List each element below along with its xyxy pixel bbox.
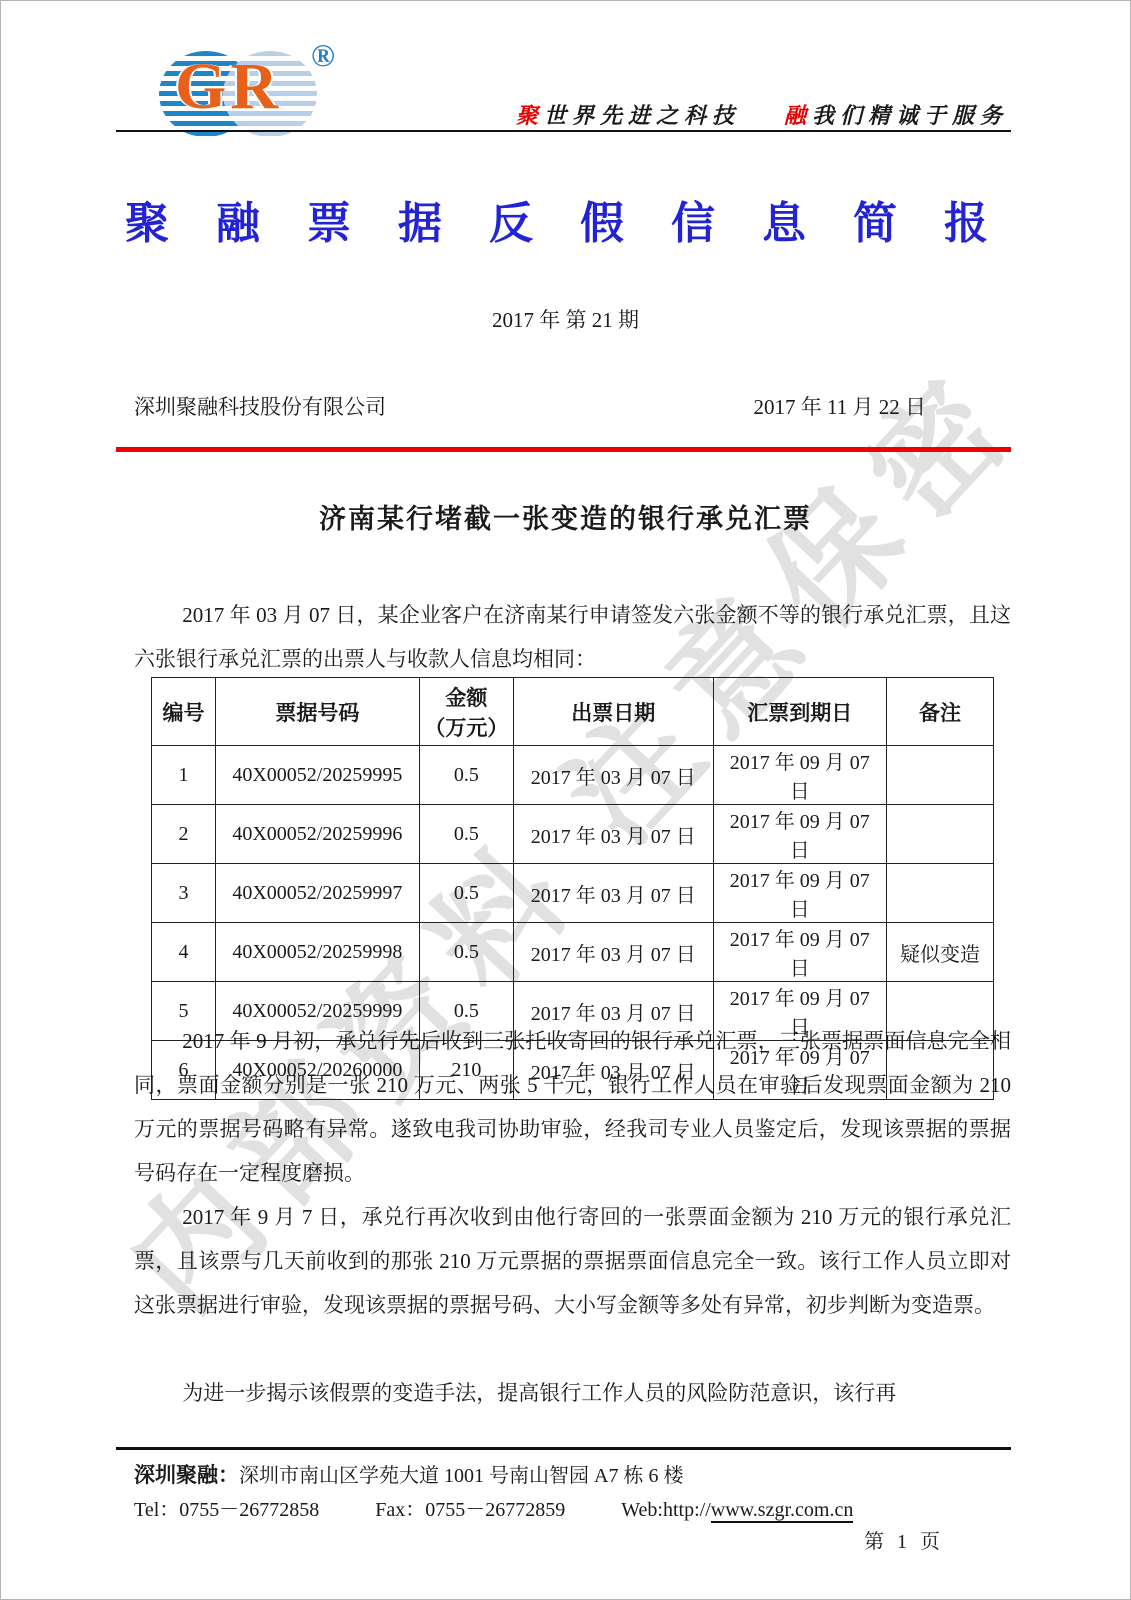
fax-label: Fax： [375,1499,425,1521]
document-page: 内部资料 注意保密 GR ® 聚世界先进之科技融我们精诚于服务 聚 融 票 据 … [0,0,1131,1600]
header-divider [116,130,1011,132]
paragraph-2: 2017 年 9 月初，承兑行先后收到三张托收寄回的银行承兑汇票，三张票据票面信… [134,1019,1011,1195]
publish-date: 2017 年 11 月 22 日 [754,391,926,421]
tagline-part1: 世界先进之科技 [544,103,740,128]
col-header-remark: 备注 [887,678,994,746]
cell-amount: 0.5 [419,864,513,923]
cell-remark [887,805,994,864]
paragraph-4: 为进一步揭示该假票的变造手法，提高银行工作人员的风险防范意识，该行再 [134,1371,1011,1415]
col-header-amount-line1: 金额 [424,682,509,712]
issue-number: 2017 年 第 21 期 [1,304,1130,334]
cell-due-date: 2017 年 09 月 07 日 [713,923,886,982]
registered-trademark-icon: ® [311,37,335,74]
table-row: 2 40X00052/20259996 0.5 2017 年 03 月 07 日… [152,805,994,864]
col-header-issue-date: 出票日期 [514,678,714,746]
company-tagline: 聚世界先进之科技融我们精诚于服务 [516,99,1008,130]
col-header-due-date: 汇票到期日 [713,678,886,746]
footer-contact-line: Tel：0755－26772858Fax：0755－26772859Web:ht… [134,1493,1011,1522]
cell-due-date: 2017 年 09 月 07 日 [713,805,886,864]
cell-no: 4 [152,923,216,982]
paragraph-1: 2017 年 03 月 07 日，某企业客户在济南某行申请签发六张金额不等的银行… [134,593,1011,681]
cell-number: 40X00052/20259996 [215,805,419,864]
logo-gr-text: GR [175,49,282,125]
web-label: Web:http:// [621,1499,711,1521]
tagline-red-ju: 聚 [516,103,544,128]
footer-divider [116,1447,1011,1450]
footer-company-label: 深圳聚融： [134,1463,239,1487]
tel-label: Tel： [134,1499,179,1521]
table-header-row: 编号 票据号码 金额 （万元） 出票日期 汇票到期日 备注 [152,678,994,746]
cell-number: 40X00052/20259995 [215,746,419,805]
col-header-amount: 金额 （万元） [419,678,513,746]
fax-number: 0755－26772859 [425,1499,565,1521]
cell-number: 40X00052/20259998 [215,923,419,982]
cell-remark [887,864,994,923]
red-divider [116,447,1011,452]
cell-no: 3 [152,864,216,923]
cell-amount: 0.5 [419,923,513,982]
cell-amount: 0.5 [419,805,513,864]
paragraph-3: 2017 年 9 月 7 日，承兑行再次收到由他行寄回的一张票面金额为 210 … [134,1195,1011,1327]
col-header-amount-line2: （万元） [424,712,509,742]
footer-address: 深圳市南山区学苑大道 1001 号南山智园 A7 栋 6 楼 [239,1465,683,1487]
publisher-company: 深圳聚融科技股份有限公司 [134,391,386,421]
table-row: 3 40X00052/20259997 0.5 2017 年 03 月 07 日… [152,864,994,923]
table-row: 1 40X00052/20259995 0.5 2017 年 03 月 07 日… [152,746,994,805]
cell-no: 1 [152,746,216,805]
tel-number: 0755－26772858 [179,1499,319,1521]
company-logo: GR ® [159,43,334,139]
article-title: 济南某行堵截一张变造的银行承兑汇票 [1,497,1130,536]
tagline-part2: 我们精诚于服务 [812,103,1008,128]
cell-issue-date: 2017 年 03 月 07 日 [514,864,714,923]
cell-remark [887,746,994,805]
table-row: 4 40X00052/20259998 0.5 2017 年 03 月 07 日… [152,923,994,982]
publisher-row: 深圳聚融科技股份有限公司 2017 年 11 月 22 日 [134,391,926,421]
cell-issue-date: 2017 年 03 月 07 日 [514,746,714,805]
bulletin-title: 聚 融 票 据 反 假 信 息 简 报 [1,187,1130,251]
tagline-red-rong: 融 [784,103,812,128]
cell-issue-date: 2017 年 03 月 07 日 [514,923,714,982]
cell-remark: 疑似变造 [887,923,994,982]
footer-address-line: 深圳聚融：深圳市南山区学苑大道 1001 号南山智园 A7 栋 6 楼 [134,1459,1011,1489]
col-header-number: 票据号码 [215,678,419,746]
cell-no: 2 [152,805,216,864]
page-number: 第 1 页 [864,1525,944,1554]
col-header-no: 编号 [152,678,216,746]
cell-number: 40X00052/20259997 [215,864,419,923]
cell-issue-date: 2017 年 03 月 07 日 [514,805,714,864]
cell-due-date: 2017 年 09 月 07 日 [713,746,886,805]
website-link[interactable]: www.szgr.com.cn [711,1499,854,1523]
cell-due-date: 2017 年 09 月 07 日 [713,864,886,923]
cell-amount: 0.5 [419,746,513,805]
